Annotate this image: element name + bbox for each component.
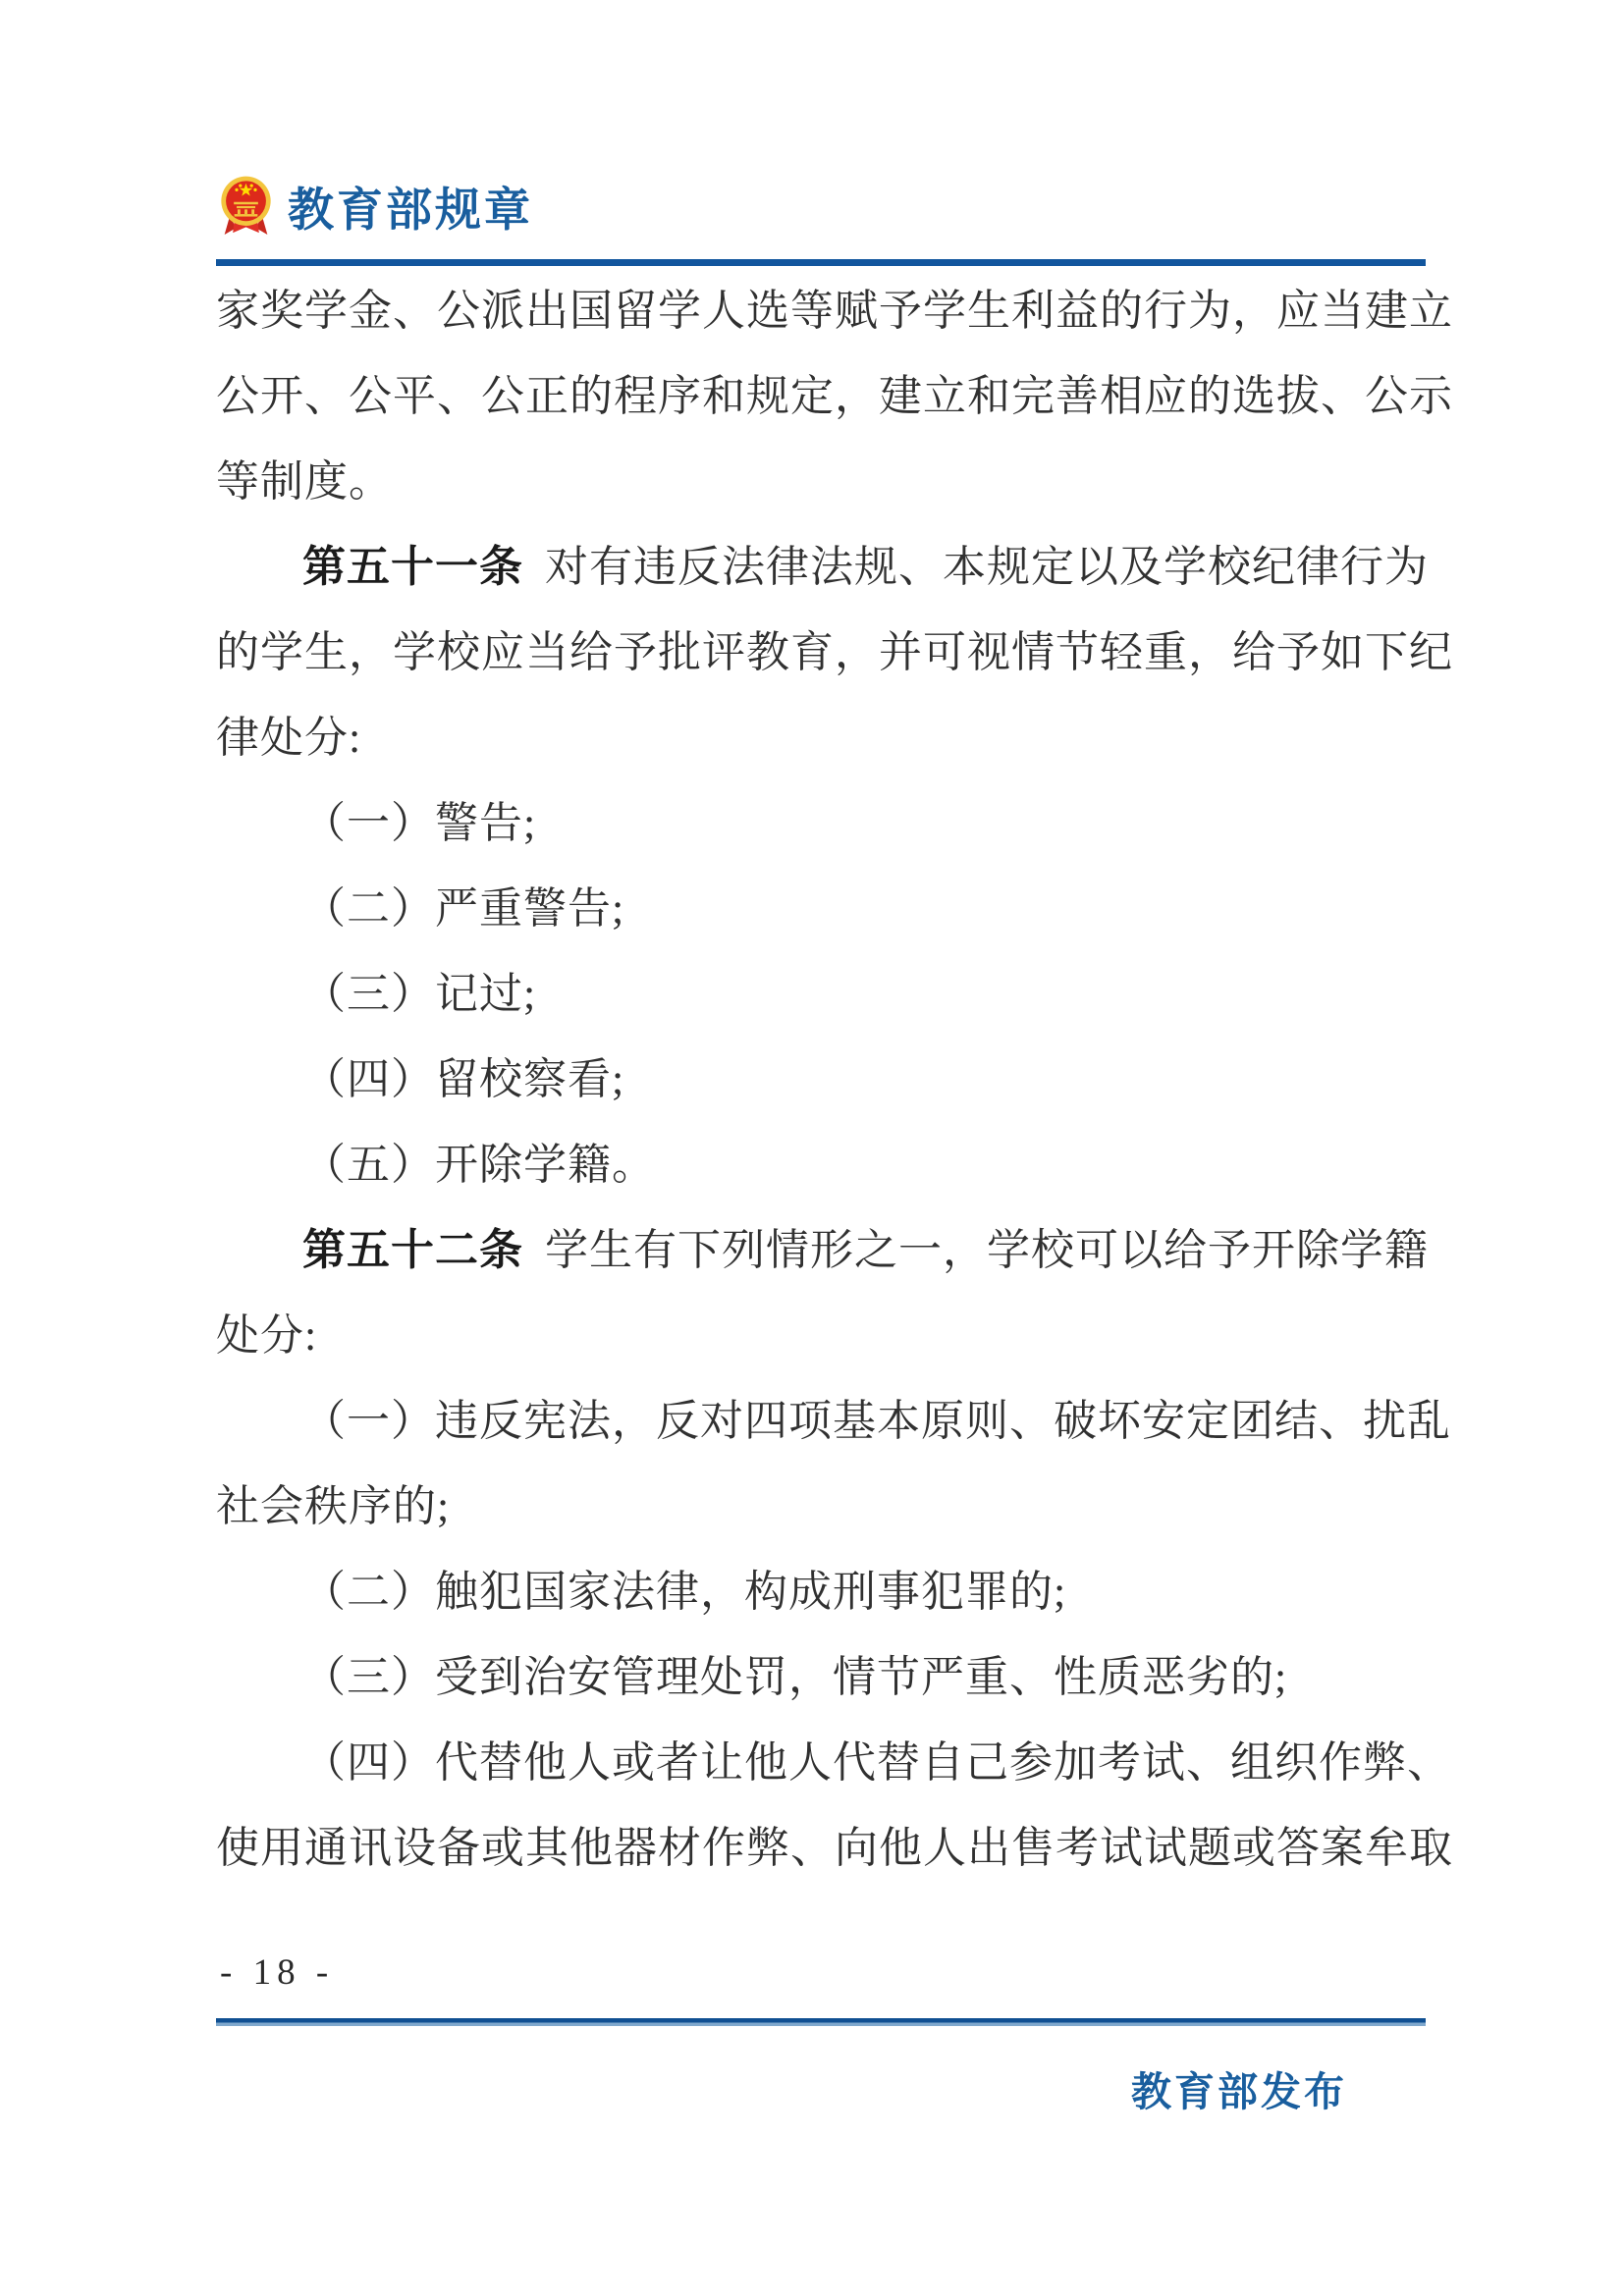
document-body: 家奖学金、公派出国留学人选等赋予学生利益的行为，应当建立 公开、公平、公正的程序…: [216, 268, 1451, 1891]
header-rule: [216, 259, 1426, 266]
text-line: 使用通讯设备或其他器材作弊、向他人出售考试试题或答案牟取: [216, 1805, 1451, 1891]
article-52-number: 第五十二条: [302, 1226, 523, 1274]
list-item-1: （一）警告;: [216, 780, 1451, 866]
list-item-3: （三）记过;: [216, 951, 1451, 1037]
text-line: 处分:: [216, 1293, 1451, 1378]
national-emblem-icon: [218, 176, 274, 238]
header-title: 教育部规章: [288, 174, 533, 240]
text-line: 社会秩序的;: [216, 1464, 1451, 1549]
page-header: 教育部规章: [218, 173, 533, 240]
text-line: 等制度。: [216, 439, 1451, 524]
text-line: 律处分:: [216, 695, 1451, 780]
list-item-4: （四）代替他人或者让他人代替自己参加考试、组织作弊、: [216, 1720, 1451, 1805]
article-51-text: 对有违反法律法规、本规定以及学校纪律行为: [545, 543, 1429, 591]
article-51-number: 第五十一条: [302, 543, 523, 591]
page-number: - 18 -: [220, 1951, 334, 1994]
article-52-text: 学生有下列情形之一，学校可以给予开除学籍: [545, 1226, 1429, 1274]
text-line: 家奖学金、公派出国留学人选等赋予学生利益的行为，应当建立: [216, 268, 1451, 353]
text-line: 公开、公平、公正的程序和规定，建立和完善相应的选拔、公示: [216, 353, 1451, 439]
text-line: 的学生，学校应当给予批评教育，并可视情节轻重，给予如下纪: [216, 610, 1451, 695]
document-page: 教育部规章 家奖学金、公派出国留学人选等赋予学生利益的行为，应当建立 公开、公平…: [0, 0, 1624, 2296]
list-item-3: （三）受到治安管理处罚，情节严重、性质恶劣的;: [216, 1634, 1451, 1720]
text-line-article-52: 第五十二条学生有下列情形之一，学校可以给予开除学籍: [216, 1207, 1451, 1293]
list-item-2: （二）严重警告;: [216, 866, 1451, 951]
list-item-1: （一）违反宪法，反对四项基本原则、破坏安定团结、扰乱: [216, 1378, 1451, 1464]
publisher-label: 教育部发布: [1131, 2059, 1347, 2117]
list-item-4: （四）留校察看;: [216, 1037, 1451, 1122]
list-item-5: （五）开除学籍。: [216, 1122, 1451, 1207]
list-item-2: （二）触犯国家法律，构成刑事犯罪的;: [216, 1549, 1451, 1634]
text-line-article-51: 第五十一条对有违反法律法规、本规定以及学校纪律行为: [216, 524, 1451, 610]
footer-rule: [216, 2018, 1426, 2026]
